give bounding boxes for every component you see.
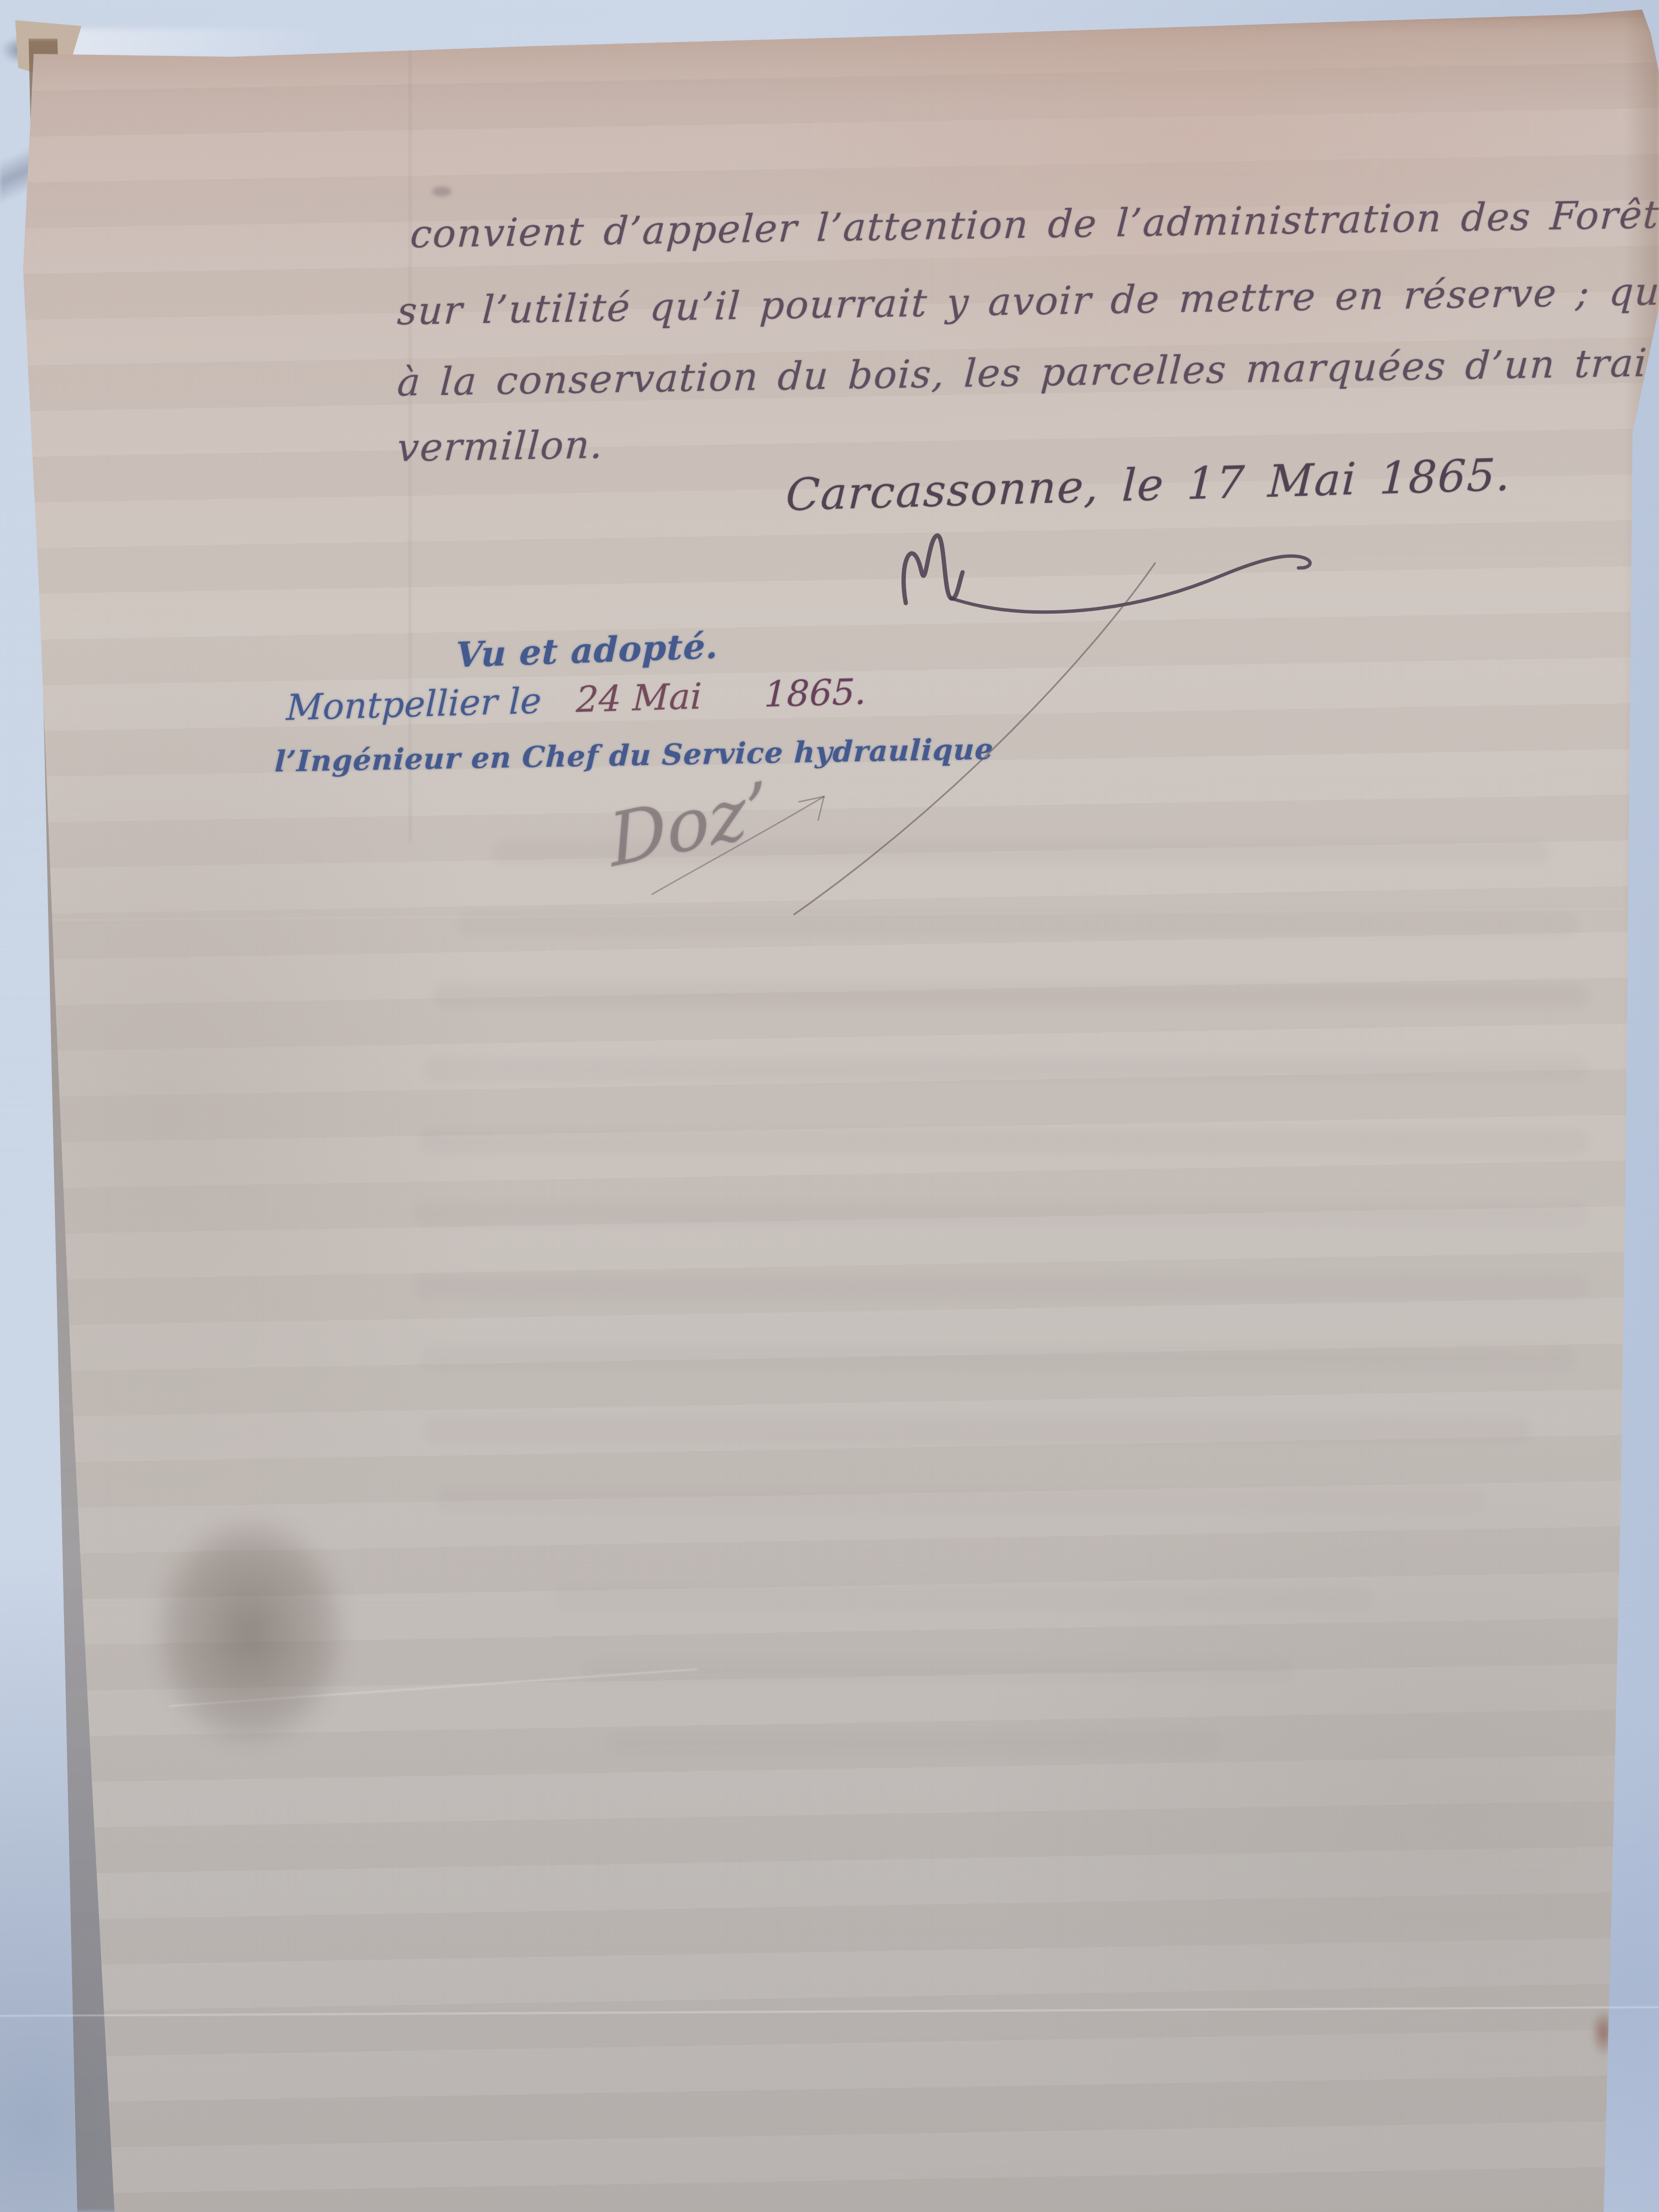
bleedthrough-line — [424, 1418, 1531, 1443]
visa-year: 1865. — [764, 671, 867, 715]
manuscript-body-line-3: à la conservation du bois, les parcelles… — [396, 340, 1659, 405]
visa-place: Montpellier le — [286, 680, 542, 729]
manuscript-body-line-4: vermillon. — [396, 422, 605, 470]
visa-adopted-line: Vu et adopté. — [456, 625, 719, 675]
bleedthrough-line — [420, 1346, 1575, 1371]
visa-date: 24 Mai — [576, 676, 702, 720]
bleedthrough-line — [582, 1658, 1295, 1683]
manuscript-dateline: Carcassonne, le 17 Mai 1865. — [785, 449, 1512, 521]
manuscript-body-line-1: convient d’appeler l’attention de l’admi… — [409, 192, 1659, 257]
paper-edge-nick — [1586, 2001, 1621, 2065]
bleedthrough-line — [433, 983, 1588, 1008]
bleedthrough-line — [606, 1730, 1222, 1755]
photo-of-manuscript: convient d’appeler l’attention de l’admi… — [0, 0, 1659, 2212]
bleedthrough-line — [553, 1586, 1372, 1611]
bleedthrough-line — [424, 1057, 1588, 1082]
manuscript-body-line-2: sur l’utilité qu’il pourrait y avoir de … — [396, 268, 1659, 334]
bleedthrough-line — [414, 1202, 1588, 1227]
document-page: convient d’appeler l’attention de l’admi… — [0, 0, 1659, 2212]
small-ink-mark — [432, 187, 451, 196]
bleedthrough-line — [436, 1488, 1485, 1513]
flourish-arrow — [652, 797, 824, 894]
visa-signature-flourish — [640, 770, 847, 907]
bleedthrough-line — [414, 1274, 1588, 1299]
ink-smudge-stain — [116, 1473, 385, 1790]
bleedthrough-line — [419, 1129, 1588, 1154]
